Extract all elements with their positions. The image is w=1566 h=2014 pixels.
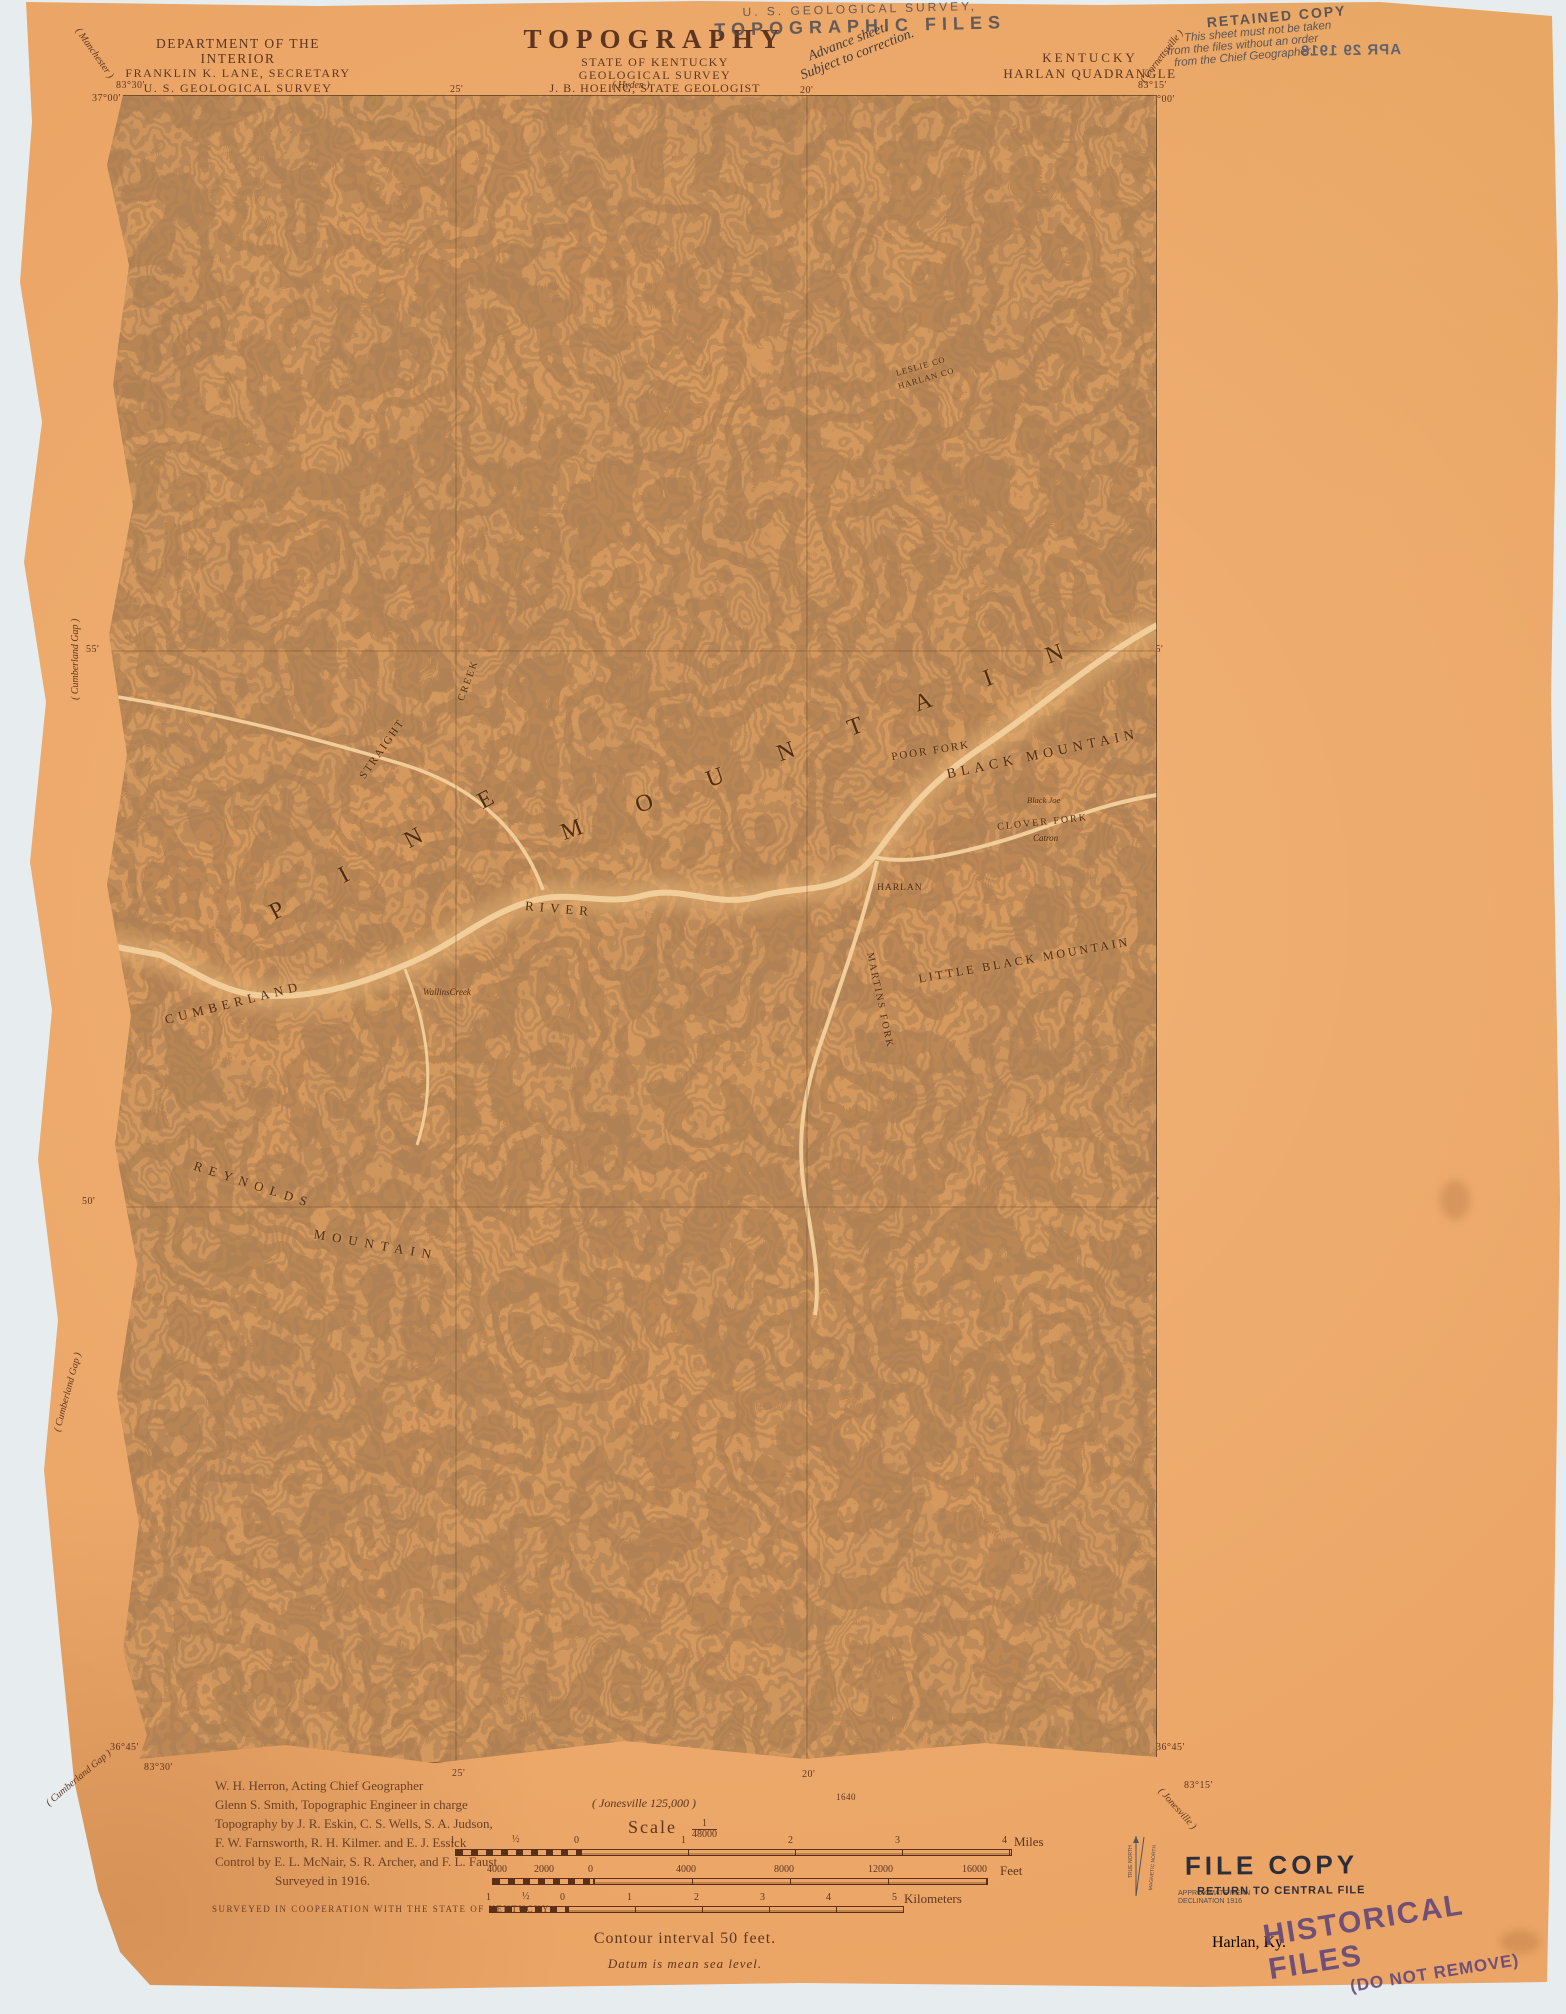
scale-bar-km xyxy=(489,1906,904,1913)
km-tick: 2 xyxy=(694,1892,699,1903)
dept-line: DEPARTMENT OF THE INTERIOR xyxy=(118,36,358,66)
scale-bar-feet xyxy=(492,1878,988,1885)
miles-tick: 2 xyxy=(788,1835,793,1846)
scale-fraction: 1 48000 xyxy=(692,1819,717,1840)
km-unit: Kilometers xyxy=(904,1891,962,1907)
miles-tick: ½ xyxy=(512,1834,520,1845)
file-copy-title: FILE COPY xyxy=(1185,1849,1366,1882)
tick-top-25: 25' xyxy=(450,84,463,95)
usgs-line: U. S. GEOLOGICAL SURVEY xyxy=(118,81,358,96)
corner-bl-lat: 36°45' xyxy=(110,1742,139,1753)
town-label-wallins-creek: WallinsCreek xyxy=(423,987,471,997)
corner-tl-lat: 37°00' xyxy=(92,93,121,104)
corner-br-lat: 36°45' xyxy=(1156,1742,1185,1753)
contour-terrain-graphic xyxy=(105,95,1157,1763)
contour-interval-note: Contour interval 50 feet. xyxy=(540,1930,830,1948)
miles-tick: 0 xyxy=(574,1835,579,1846)
credit-line: Topography by J. R. Eskin, C. S. Wells, … xyxy=(215,1814,497,1833)
feet-tick: 12000 xyxy=(868,1864,893,1875)
scale-fraction-denominator: 48000 xyxy=(692,1830,717,1840)
feet-unit: Feet xyxy=(1000,1863,1022,1879)
tick-left-50: 50' xyxy=(82,1196,95,1207)
miles-tick: 1 xyxy=(450,1835,455,1846)
feet-tick: 4000 xyxy=(676,1864,696,1875)
datum-note: Datum is mean sea level. xyxy=(560,1956,810,1972)
credit-line-surveyed: Surveyed in 1916. xyxy=(275,1871,497,1890)
feet-tick: 8000 xyxy=(774,1864,794,1875)
true-north-label: TRUE NORTH xyxy=(1128,1845,1134,1878)
place-label-black-joe: Black Joe xyxy=(1027,795,1060,805)
km-tick: ½ xyxy=(522,1891,530,1902)
file-copy-stamp: FILE COPY RETURN TO CENTRAL FILE xyxy=(1185,1849,1366,1898)
adjacent-note-jonesville: ( Jonesville 125,000 ) xyxy=(592,1796,696,1811)
corner-tl-lon: 83°30' xyxy=(116,80,145,91)
town-label-harlan: HARLAN xyxy=(877,883,923,893)
km-tick: 1 xyxy=(627,1892,632,1903)
adjacent-quad-north: ( Hyden ) xyxy=(612,80,650,91)
tick-top-20: 20' xyxy=(800,85,813,96)
tick-left-55: 55' xyxy=(86,644,99,655)
adjacent-quad-west: ( Cumberland Gap ) xyxy=(70,619,81,700)
declination-diagram: TRUE NORTH MAGNETIC NORTH xyxy=(1118,1832,1158,1898)
tick-bottom-20: 20' xyxy=(802,1769,815,1780)
feet-tick: 0 xyxy=(588,1864,593,1875)
feet-tick: 4000 xyxy=(487,1864,507,1875)
geologist-line: J. B. HOEING, STATE GEOLOGIST xyxy=(490,82,820,95)
km-tick: 1 xyxy=(486,1892,491,1903)
stain-spot xyxy=(1440,1180,1470,1220)
scale-word: Scale xyxy=(628,1817,677,1838)
credit-line: W. H. Herron, Acting Chief Geographer xyxy=(215,1776,497,1795)
file-copy-sub: RETURN TO CENTRAL FILE xyxy=(1197,1884,1365,1897)
km-tick: 3 xyxy=(760,1892,765,1903)
miles-tick: 3 xyxy=(895,1835,900,1846)
elevation-note: 1640 xyxy=(836,1792,856,1802)
corner-br-lon: 83°15' xyxy=(1184,1780,1213,1791)
miles-tick: 4 xyxy=(1002,1835,1007,1846)
km-tick: 5 xyxy=(892,1892,897,1903)
date-received-stamp: APR 29 1918 xyxy=(1300,41,1401,60)
state-line: STATE OF KENTUCKY xyxy=(490,55,820,69)
credits-block: W. H. Herron, Acting Chief Geographer Gl… xyxy=(215,1776,497,1890)
secretary-line: FRANKLIN K. LANE, SECRETARY xyxy=(118,66,358,81)
credit-line: Glenn S. Smith, Topographic Engineer in … xyxy=(215,1795,497,1814)
miles-unit: Miles xyxy=(1014,1834,1044,1850)
scale-bar-miles xyxy=(455,1849,1012,1856)
topographic-map-area: P I N E M O U N T A I N BLACK MOUNTAIN L… xyxy=(105,95,1157,1763)
km-tick: 0 xyxy=(560,1892,565,1903)
km-tick: 4 xyxy=(826,1892,831,1903)
miles-tick: 1 xyxy=(681,1835,686,1846)
corner-tr-lon: 83°15' xyxy=(1138,80,1167,91)
feet-tick: 16000 xyxy=(962,1864,987,1875)
scan-background: DEPARTMENT OF THE INTERIOR FRANKLIN K. L… xyxy=(0,0,1566,2014)
corner-bl-lon: 83°30' xyxy=(144,1762,173,1773)
place-label-catron: Catron xyxy=(1033,833,1058,843)
feet-tick: 2000 xyxy=(534,1864,554,1875)
